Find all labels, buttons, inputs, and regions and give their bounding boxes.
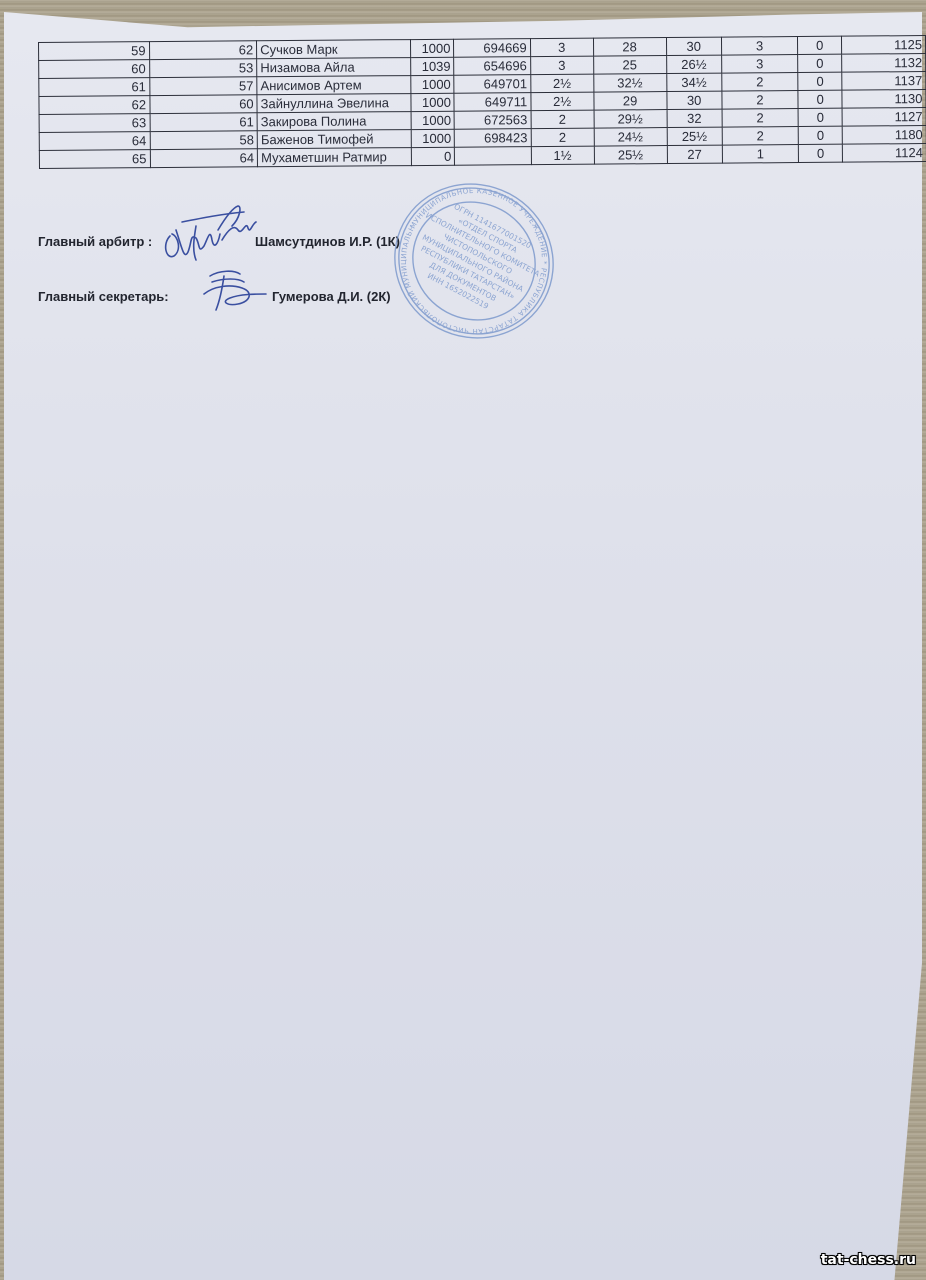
points-cell: 2½: [530, 74, 593, 92]
wins-cell: 3: [721, 37, 797, 56]
points-cell: 2: [531, 128, 594, 146]
wins-cell: 2: [722, 127, 798, 146]
start-number-cell: 60: [149, 95, 257, 114]
chief-arbiter-signature: [152, 200, 262, 268]
buchholz-cell: 32: [667, 109, 722, 127]
start-number-cell: 62: [149, 41, 257, 60]
average-rating-cell: 1130: [842, 90, 926, 109]
points-cell: 2: [531, 110, 594, 128]
player-name-cell: Баженов Тимофей: [257, 130, 411, 149]
place-cell: 59: [39, 42, 150, 61]
average-rating-cell: 1180: [842, 126, 926, 145]
buchholz-cut-cell: 25: [593, 56, 666, 75]
rating-cell: 1000: [410, 39, 454, 57]
rating-cell: 1000: [411, 111, 455, 129]
player-name-cell: Закирова Полина: [257, 112, 411, 131]
site-watermark: tat-chess.ru: [821, 1252, 916, 1268]
average-rating-cell: 1132: [842, 54, 926, 73]
black-wins-cell: 0: [798, 126, 842, 144]
start-number-cell: 58: [150, 131, 258, 150]
player-name-cell: Сучков Марк: [257, 40, 411, 59]
average-rating-cell: 1124: [843, 144, 926, 163]
place-cell: 63: [39, 114, 150, 133]
start-number-cell: 61: [150, 113, 258, 132]
fide-id-cell: [455, 147, 531, 166]
fide-id-cell: 649701: [454, 75, 530, 94]
buchholz-cell: 25½: [667, 127, 722, 145]
player-name-cell: Низамова Айла: [257, 58, 411, 77]
rating-cell: 1039: [410, 57, 454, 75]
place-cell: 60: [39, 60, 150, 79]
player-name-cell: Мухаметшин Ратмир: [257, 148, 411, 167]
wins-cell: 1: [722, 145, 798, 164]
black-wins-cell: 0: [798, 108, 842, 126]
fide-id-cell: 672563: [454, 111, 530, 130]
results-table: 5962Сучков Марк1000694669328303011256053…: [38, 35, 926, 169]
player-name-cell: Зайнуллина Эвелина: [257, 94, 411, 113]
place-cell: 62: [39, 96, 150, 115]
rating-cell: 1000: [411, 129, 455, 147]
fide-id-cell: 694669: [454, 39, 530, 58]
rating-cell: 1000: [411, 93, 455, 111]
buchholz-cut-cell: 29½: [594, 110, 667, 129]
buchholz-cut-cell: 28: [593, 38, 666, 57]
fide-id-cell: 649711: [454, 93, 530, 112]
chief-secretary-signature: [200, 264, 270, 316]
fide-id-cell: 698423: [455, 129, 531, 148]
black-wins-cell: 0: [798, 90, 842, 108]
start-number-cell: 57: [149, 77, 257, 96]
chief-arbiter-label: Главный арбитр :: [38, 234, 152, 249]
black-wins-cell: 0: [798, 36, 842, 54]
buchholz-cell: 26½: [666, 55, 721, 73]
black-wins-cell: 0: [798, 72, 842, 90]
average-rating-cell: 1125: [842, 36, 926, 55]
chief-secretary-label: Главный секретарь:: [38, 289, 169, 304]
buchholz-cell: 27: [667, 145, 722, 163]
place-cell: 64: [39, 132, 150, 151]
start-number-cell: 64: [150, 149, 258, 168]
average-rating-cell: 1137: [842, 72, 926, 91]
buchholz-cut-cell: 32½: [593, 74, 666, 93]
buchholz-cell: 30: [666, 37, 721, 55]
chief-arbiter-name: Шамсутдинов И.Р. (1К): [255, 234, 400, 249]
buchholz-cut-cell: 24½: [594, 128, 667, 147]
wins-cell: 2: [722, 109, 798, 128]
buchholz-cell: 34½: [666, 73, 721, 91]
place-cell: 65: [39, 150, 150, 169]
player-name-cell: Анисимов Артем: [257, 76, 411, 95]
wins-cell: 2: [722, 91, 798, 110]
points-cell: 2½: [531, 92, 594, 110]
fide-id-cell: 654696: [454, 57, 530, 76]
black-wins-cell: 0: [798, 54, 842, 72]
average-rating-cell: 1127: [842, 108, 926, 127]
wins-cell: 2: [722, 73, 798, 92]
buchholz-cell: 30: [666, 91, 721, 109]
points-cell: 3: [530, 38, 593, 56]
rating-cell: 1000: [410, 75, 454, 93]
buchholz-cut-cell: 25½: [594, 146, 667, 165]
buchholz-cut-cell: 29: [594, 92, 667, 111]
wins-cell: 3: [721, 55, 797, 74]
points-cell: 1½: [531, 146, 594, 164]
start-number-cell: 53: [149, 59, 257, 78]
black-wins-cell: 0: [798, 144, 842, 162]
points-cell: 3: [530, 56, 593, 74]
place-cell: 61: [39, 78, 150, 97]
